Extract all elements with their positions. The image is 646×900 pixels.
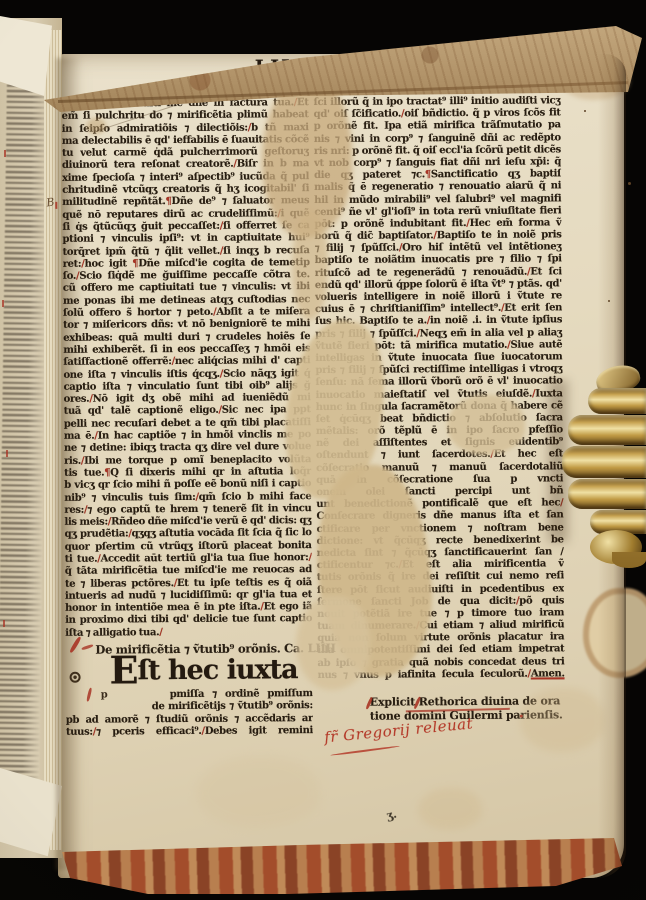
text-line: in proximo dixi tibi qd' delicie tue ſun… bbox=[65, 614, 312, 628]
text-line: malis q̃ ē regeneratio ⁊ renouatio aiarũ… bbox=[314, 181, 561, 195]
inscription-flourish bbox=[330, 745, 400, 756]
text-line: de mirificẽtijs ⁊ ṽtutib⁹ orõnis: vt bbox=[66, 700, 313, 714]
clasp-lobe bbox=[568, 415, 646, 445]
stain bbox=[86, 118, 106, 134]
stain bbox=[292, 210, 328, 320]
margin-annotation-letter: B bbox=[45, 195, 55, 209]
clasp-lobe bbox=[588, 388, 646, 414]
clasp-lobe bbox=[562, 446, 646, 478]
heading-initial: E bbox=[109, 647, 137, 692]
margin-rubric-mark bbox=[55, 202, 57, 209]
stain bbox=[296, 596, 370, 690]
text-line: p orõnẽ fit. Ipa etiã mirifica trãſmutat… bbox=[314, 120, 561, 134]
text-line: ne ⁊ detine: ibiqʒ tracta qʒ dire vel du… bbox=[64, 441, 311, 455]
stain bbox=[447, 395, 525, 455]
text-line: q̃ tãta mirificẽtia tue miſcd'ie me reuo… bbox=[65, 564, 312, 578]
stain bbox=[418, 788, 482, 830]
stain bbox=[196, 756, 320, 828]
stain bbox=[520, 688, 604, 752]
text-line: ſatiſfactionẽ offerrẽ:∕nec aliq́cias mih… bbox=[63, 355, 310, 369]
brass-clasp bbox=[560, 366, 646, 566]
text-line: iſta ⁊ alligatio tua.∕ bbox=[65, 626, 312, 640]
text-line: ptioni ⁊ vinculis ipſi⁹: vt in captiuita… bbox=[62, 232, 309, 246]
chapter-heading: Eſt hec iuxta bbox=[109, 652, 297, 687]
clasp-lobe bbox=[568, 479, 646, 509]
printer-ornament-icon bbox=[70, 672, 81, 683]
photo-of-incunable-page: LIIII Et alibi: delectaſti me dñe in fac… bbox=[0, 0, 646, 900]
worm-hole bbox=[584, 110, 586, 112]
after-heading-lines: pmiſſa ⁊ ordinẽ pmiſſum loq̃r aliq̃de mi… bbox=[66, 688, 313, 739]
clasp-bottom-hook bbox=[612, 552, 646, 568]
ink-mark: ʒ. bbox=[385, 808, 398, 823]
text-line: tuus:∕⁊ pceris efficaci⁹.∕Debes igit́ re… bbox=[66, 725, 313, 739]
text-line: b vicʒ qr ſcio mihi ñ poſſe eẽ bonũ niſi… bbox=[64, 478, 311, 492]
heading-rest: ſt hec iuxta bbox=[137, 654, 297, 686]
worm-hole bbox=[628, 182, 631, 185]
rubric-paraph-mark bbox=[81, 644, 93, 651]
